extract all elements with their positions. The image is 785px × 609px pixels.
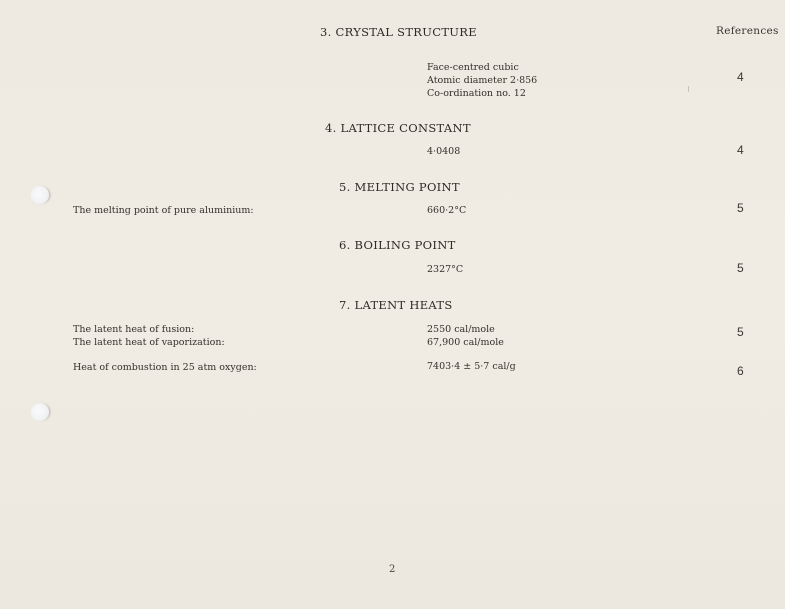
reference-number: 5 xyxy=(737,261,744,275)
section-heading-melting-point: 5. MELTING POINT xyxy=(339,180,460,194)
heat-of-combustion-label: Heat of combustion in 25 atm oxygen: xyxy=(73,361,257,374)
page-number: 2 xyxy=(389,564,395,575)
crystal-line: Face-centred cubic xyxy=(427,61,537,74)
section-heading-crystal-structure: 3. CRYSTAL STRUCTURE xyxy=(320,25,477,39)
references-header: References xyxy=(716,25,779,37)
punch-hole xyxy=(31,186,49,204)
latent-heat-values: 2550 cal/mole 67,900 cal/mole xyxy=(427,323,504,349)
melting-point-label: The melting point of pure aluminium: xyxy=(73,204,254,217)
crystal-line: Co-ordination no. 12 xyxy=(427,87,537,100)
section-heading-lattice-constant: 4. LATTICE CONSTANT xyxy=(325,121,471,135)
document-page: References 3. CRYSTAL STRUCTURE Face-cen… xyxy=(0,0,785,609)
heat-of-combustion-value: 7403·4 ± 5·7 cal/g xyxy=(427,360,516,373)
melting-point-value: 660·2°C xyxy=(427,204,466,217)
reference-number: 4 xyxy=(737,143,744,157)
latent-heat-fusion-value: 2550 cal/mole xyxy=(427,323,504,336)
latent-heat-labels: The latent heat of fusion: The latent he… xyxy=(73,323,225,349)
section-heading-boiling-point: 6. BOILING POINT xyxy=(339,238,456,252)
reference-number: 5 xyxy=(737,201,744,215)
reference-number: 4 xyxy=(737,70,744,84)
reference-number: 5 xyxy=(737,325,744,339)
reference-number: 6 xyxy=(737,364,744,378)
section-heading-latent-heats: 7. LATENT HEATS xyxy=(339,298,453,312)
lattice-constant-value: 4·0408 xyxy=(427,145,460,158)
latent-heat-vaporization-label: The latent heat of vaporization: xyxy=(73,336,225,349)
latent-heat-fusion-label: The latent heat of fusion: xyxy=(73,323,225,336)
paper-speck xyxy=(688,86,689,92)
latent-heat-vaporization-value: 67,900 cal/mole xyxy=(427,336,504,349)
boiling-point-value: 2327°C xyxy=(427,263,463,276)
punch-hole xyxy=(31,403,49,421)
crystal-line: Atomic diameter 2·856 xyxy=(427,74,537,87)
crystal-structure-values: Face-centred cubic Atomic diameter 2·856… xyxy=(427,61,537,100)
